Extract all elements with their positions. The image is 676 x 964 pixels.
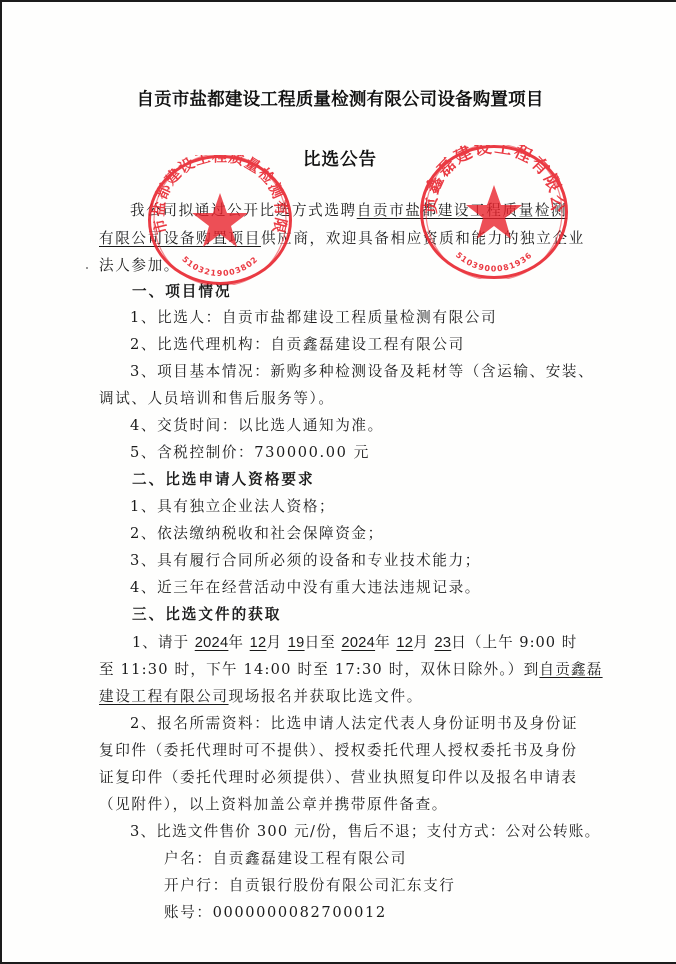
section2-item: 3、具有履行合同所必须的设备和专业技术能力； <box>130 551 481 571</box>
section3-item2-cont: 证复印件（委托代理时必须提供）、营业执照复印件以及报名申请表 <box>99 768 578 788</box>
section-heading-2: 二、比选申请人资格要求 <box>132 470 315 490</box>
section1-item: 1、比选人：自贡市盐都建设工程质量检测有限公司 <box>130 308 497 328</box>
agency-name-underlined: 自贡鑫磊 <box>539 661 602 678</box>
section3-item3: 3、比选文件售价 300 元/份，售后不退；支付方式：公对公转账。 <box>130 822 600 842</box>
end-year: 2024 <box>341 635 375 651</box>
project-name-underlined-2: 有限公司设备购置项目 <box>99 230 261 247</box>
section1-item-price: 5、含税控制价：730000.00 元 <box>130 443 370 463</box>
section3-item2-cont: （见附件），以上资料加盖公章并携带原件备查。 <box>99 795 448 815</box>
section1-item: 2、比选代理机构：自贡鑫磊建设工程有限公司 <box>130 335 465 355</box>
section2-item: 1、具有独立企业法人资格； <box>130 497 335 517</box>
section1-item-cont: 调试、人员培训和售后服务等）。 <box>99 389 335 409</box>
section1-item: 4、交货时间：以比选人通知为准。 <box>130 416 384 436</box>
section3-item2: 2、报名所需资料：比选申请人法定代表人身份证明书及身份证 <box>130 714 578 734</box>
section3-item1-line2: 至 11:30 时，下午 14:00 时至 17:30 时，双休日除外。）到自贡… <box>99 660 603 680</box>
payment-bank: 开户行：自贡银行股份有限公司汇东支行 <box>164 876 456 896</box>
intro-text: 我公司拟通过公开比选方式选聘 <box>130 202 357 219</box>
document-subtitle: 比选公告 <box>2 146 676 171</box>
section2-item: 2、依法缴纳税收和社会保障资金； <box>130 524 384 544</box>
section3-item1-line3: 建设工程有限公司现场报名并获取比选文件。 <box>99 687 423 707</box>
text: 年 <box>375 634 391 651</box>
text: 日（上午 9:00 时 <box>451 634 577 651</box>
section1-item: 3、项目基本情况：新购多种检测设备及耗材等（含运输、安装、 <box>130 362 594 382</box>
text: 日至 <box>305 634 336 651</box>
intro-text-2: 供应商，欢迎具备相应资质和能力的独立企业 <box>261 230 585 247</box>
payment-account-number: 账号：0000000082700012 <box>164 903 387 923</box>
end-month: 12 <box>396 635 413 651</box>
text: 月 <box>413 634 429 651</box>
document-title: 自贡市盐都建设工程质量检测有限公司设备购置项目 <box>2 86 676 111</box>
section2-item: 4、近三年在经营活动中没有重大违法违规记录。 <box>130 578 481 598</box>
intro-line-3: 法人参加。 <box>99 256 180 276</box>
project-name-underlined: 自贡市盐都建设工程质量检测 <box>357 202 568 219</box>
payment-account-name: 户名：自贡鑫磊建设工程有限公司 <box>164 849 407 869</box>
svg-text:5103219003802: 5103219003802 <box>180 255 260 278</box>
section-heading-1: 一、项目情况 <box>132 282 232 302</box>
text: 至 11:30 时，下午 14:00 时至 17:30 时，双休日除外。）到 <box>99 661 539 678</box>
agency-name-underlined-2: 建设工程有限公司 <box>99 688 229 705</box>
start-month: 12 <box>250 635 267 651</box>
section3-item1-line1: 1、请于 2024年 12月 19日至 2024年 12月 23日（上午 9:0… <box>132 633 577 653</box>
document-page: 自贡市盐都建设工程质量检测有限公司设备购置项目 比选公告 我公司拟通过公开比选方… <box>0 0 676 964</box>
text: 年 <box>228 634 244 651</box>
text: 1、请于 <box>132 634 189 651</box>
start-day: 19 <box>288 635 305 651</box>
scan-speck <box>86 267 88 269</box>
text: 月 <box>266 634 282 651</box>
svg-text:5103900081936: 5103900081936 <box>454 250 534 273</box>
end-day: 23 <box>434 635 451 651</box>
start-year: 2024 <box>195 635 229 651</box>
section3-item2-cont: 复印件（委托代理时可不提供）、授权委托代理人授权委托书及身份 <box>99 741 578 761</box>
intro-line-2: 有限公司设备购置项目供应商，欢迎具备相应资质和能力的独立企业 <box>99 229 585 249</box>
intro-line-1: 我公司拟通过公开比选方式选聘自贡市盐都建设工程质量检测 <box>130 201 567 221</box>
section-heading-3: 三、比选文件的获取 <box>132 605 281 625</box>
text: 现场报名并获取比选文件。 <box>229 688 423 705</box>
